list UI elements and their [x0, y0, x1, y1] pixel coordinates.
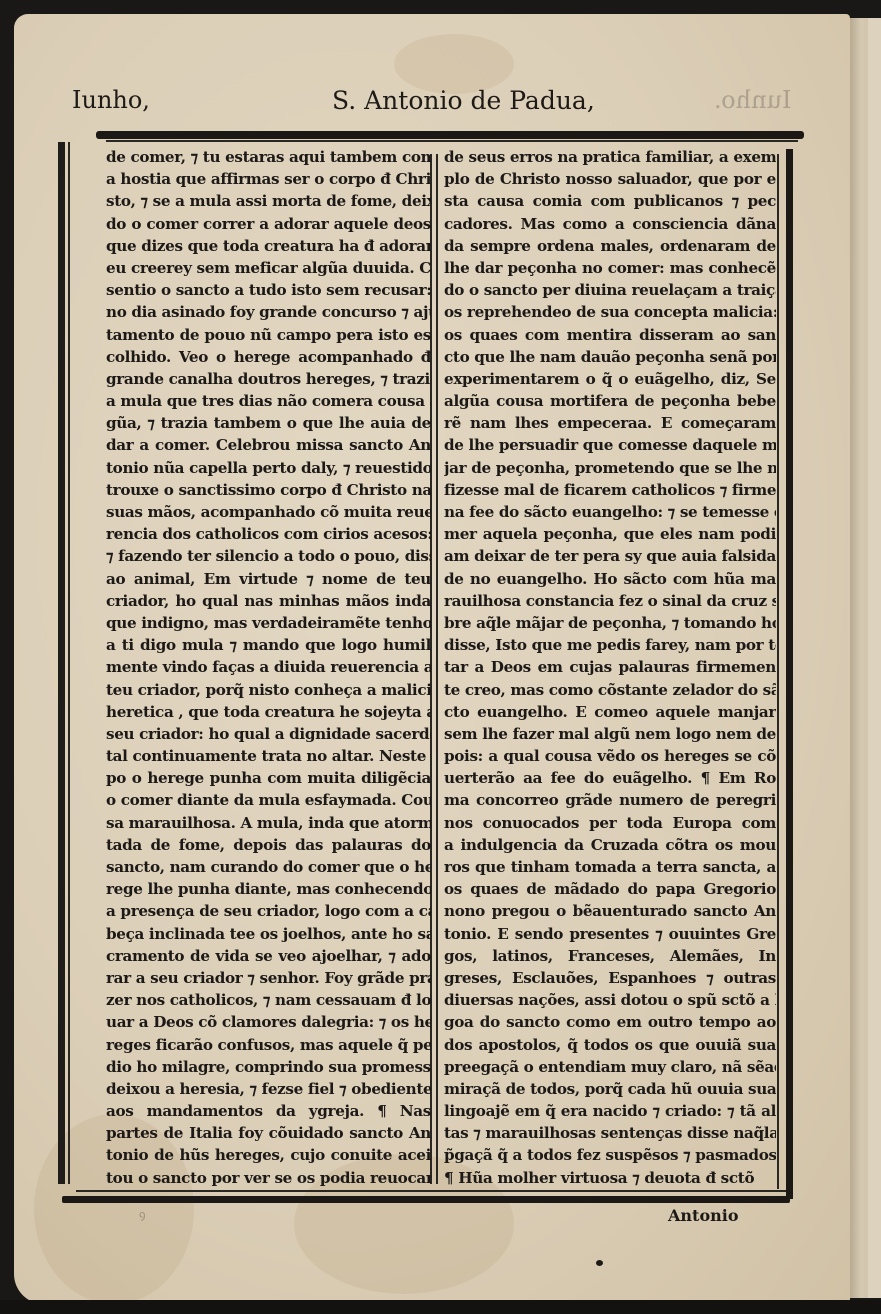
bottom-rule [62, 1196, 790, 1203]
text-line: de seus erros na pratica familiar, a exe… [444, 146, 776, 168]
text-line: de lhe persuadir que comesse daquele mã [444, 434, 776, 456]
text-line: cadores. Mas como a consciencia dãna [444, 213, 776, 235]
text-line: tas ⁊ marauilhosas sentenças disse naq̃l… [444, 1122, 776, 1144]
text-line: jar de peçonha, prometendo que se lhe nã [444, 457, 776, 479]
text-line: greses, Esclauões, Espanhoes ⁊ outras [444, 967, 776, 989]
text-line: aos mandamentos da ygreja. ¶ Nas [106, 1100, 431, 1122]
text-line: partes de Italia foy cõuidado sancto An [106, 1122, 431, 1144]
text-line: rencia dos catholicos com cirios acesos: [106, 523, 431, 545]
top-rule-thin [106, 140, 798, 142]
text-line: mer aquela peçonha, que eles nam podi [444, 523, 776, 545]
text-line: rar a seu criador ⁊ senhor. Foy grãde pr… [106, 967, 431, 989]
scan-background-edge [0, 1300, 881, 1314]
text-line: plo de Christo nosso saluador, que por e [444, 168, 776, 190]
text-line: po o herege punha com muita diligẽcia [106, 767, 431, 789]
text-line: te creo, mas como cõstante zelador do sã [444, 679, 776, 701]
column-divider-thin [436, 154, 438, 1184]
text-line: uar a Deos cõ clamores dalegria: ⁊ os he [106, 1011, 431, 1033]
text-line: do o comer correr a adorar aquele deos [106, 213, 431, 235]
catchword: Antonio [668, 1206, 739, 1225]
running-head-month: Iunho, [72, 86, 150, 114]
right-border-bar [786, 149, 793, 1199]
text-line: ⁊ fazendo ter silencio a todo o pouo, di… [106, 545, 431, 567]
text-line: zer nos catholicos, ⁊ nam cessauam đ lou [106, 989, 431, 1011]
text-line: tamento de pouo nũ campo pera isto es [106, 324, 431, 346]
text-line: tonio de hũs hereges, cujo conuite acei [106, 1144, 431, 1166]
text-line: no dia asinado foy grande concurso ⁊ ajũ [106, 301, 431, 323]
text-line: sto, ⁊ se a mula assi morta de fome, dei… [106, 190, 431, 212]
text-line: teu criador, porq̃ nisto conheça a malic… [106, 679, 431, 701]
text-line: trouxe o sanctissimo corpo đ Christo nas [106, 479, 431, 501]
bottom-rule-thin [76, 1190, 786, 1192]
text-line: ¶ Hũa molher virtuosa ⁊ deuota đ sctõ [444, 1167, 776, 1189]
paper-stain [394, 34, 514, 94]
text-line: de no euangelho. Ho sãcto com hũa ma [444, 568, 776, 590]
text-line: colhido. Veo o herege acompanhado đ [106, 346, 431, 368]
text-line: cto que lhe nam dauão peçonha senã por [444, 346, 776, 368]
text-line: que indigno, mas verdadeiramẽte tenho, [106, 612, 431, 634]
text-line: am deixar de ter pera sy que auia falsid… [444, 545, 776, 567]
text-line: cramento de vida se veo ajoelhar, ⁊ ado [106, 945, 431, 967]
text-line: algũa cousa mortifera de peçonha bebe [444, 390, 776, 412]
text-line: rege lhe punha diante, mas conhecendo [106, 878, 431, 900]
left-border-bar [58, 142, 65, 1184]
text-line: a mula que tres dias não comera cousa al [106, 390, 431, 412]
text-line: heretica , que toda creatura he sojeyta … [106, 701, 431, 723]
text-line: criador, ho qual nas minhas mãos inda [106, 590, 431, 612]
text-line: o comer diante da mula esfaymada. Cou [106, 789, 431, 811]
text-line: lingoajẽ em q̃ era nacido ⁊ criado: ⁊ tã… [444, 1100, 776, 1122]
ink-spot [596, 1260, 603, 1266]
text-line: ao animal, Em virtude ⁊ nome de teu [106, 568, 431, 590]
show-through-text: Iunho. [714, 86, 792, 114]
text-line: eu creerey sem meficar algũa duuida. Cõ [106, 257, 431, 279]
text-line: a presença de seu criador, logo com a ca [106, 900, 431, 922]
book-scan: Iunho, S. Antonio de Padua, Iunho. de co… [0, 0, 881, 1314]
text-line: a ti digo mula ⁊ mando que logo humil [106, 634, 431, 656]
text-line: os reprehendeo de sua concepta malicia: [444, 301, 776, 323]
text-line: gos, latinos, Franceses, Alemães, In [444, 945, 776, 967]
right-border-thin [777, 154, 779, 1189]
text-line: os quaes de mãdado do papa Gregorio [444, 878, 776, 900]
text-line: goa do sancto como em outro tempo ao [444, 1011, 776, 1033]
text-line: tonio nũa capella perto daly, ⁊ reuestid… [106, 457, 431, 479]
text-line: tada de fome, depois das palauras do [106, 834, 431, 856]
text-line: tal continuamente trata no altar. Neste … [106, 745, 431, 767]
text-line: gũa, ⁊ trazia tambem o que lhe auia de [106, 412, 431, 434]
text-line: tonio. E sendo presentes ⁊ ouuintes Gre [444, 923, 776, 945]
text-line: sancto, nam curando do comer que o he [106, 856, 431, 878]
text-column-left: de comer, ⁊ tu estaras aqui tambem coma … [106, 146, 431, 1189]
text-line: que dizes que toda creatura ha đ adorar [106, 235, 431, 257]
text-line: deixou a heresia, ⁊ fezse fiel ⁊ obedien… [106, 1078, 431, 1100]
text-line: sta causa comia com publicanos ⁊ pec [444, 190, 776, 212]
text-line: ros que tinham tomada a terra sancta, a [444, 856, 776, 878]
running-head: Iunho, S. Antonio de Padua, Iunho. [14, 86, 850, 126]
text-line: suas mãos, acompanhado cõ muita reue [106, 501, 431, 523]
book-page: Iunho, S. Antonio de Padua, Iunho. de co… [14, 14, 850, 1304]
text-line: sentio o sancto a tudo isto sem recusar:… [106, 279, 431, 301]
text-line: dar a comer. Celebrou missa sancto An [106, 434, 431, 456]
text-line: fizesse mal de ficarem catholicos ⁊ firm… [444, 479, 776, 501]
text-line: cto euangelho. E comeo aquele manjar [444, 701, 776, 723]
text-line: nono pregou o bẽauenturado sancto An [444, 900, 776, 922]
text-line: rẽ nam lhes empeceraa. E começaram [444, 412, 776, 434]
text-line: experimentarem o q̃ o euãgelho, diz, Se [444, 368, 776, 390]
text-line: miraçã de todos, porq̃ cada hũ ouuia sua [444, 1078, 776, 1100]
text-line: bre aq̃le mãjar de peçonha, ⁊ tomando ho [444, 612, 776, 634]
text-line: sa marauilhosa. A mula, inda que atormẽ [106, 812, 431, 834]
text-line: beça inclinada tee os joelhos, ante ho s… [106, 923, 431, 945]
text-line: pois: a qual cousa vẽdo os hereges se cõ [444, 745, 776, 767]
text-line: seu criador: ho qual a dignidade sacerdo [106, 723, 431, 745]
text-line: de comer, ⁊ tu estaras aqui tambem com [106, 146, 431, 168]
text-line: tar a Deos em cujas palauras firmemen [444, 656, 776, 678]
text-line: rauilhosa constancia fez o sinal da cruz… [444, 590, 776, 612]
running-head-title: S. Antonio de Padua, [332, 86, 595, 115]
text-line: mente vindo faças a diuida reuerencia a [106, 656, 431, 678]
top-rule [96, 131, 804, 139]
text-line: disse, Isto que me pedis farey, nam por … [444, 634, 776, 656]
text-line: a hostia que affirmas ser o corpo đ Chri [106, 168, 431, 190]
text-line: lhe dar peçonha no comer: mas conhecẽ [444, 257, 776, 279]
text-line: reges ficarão confusos, mas aquele q̃ pe [106, 1034, 431, 1056]
text-line: p̃gaçã q̃ a todos fez suspẽsos ⁊ pasmado… [444, 1144, 776, 1166]
text-column-right: de seus erros na pratica familiar, a exe… [444, 146, 776, 1189]
text-line: da sempre ordena males, ordenaram de [444, 235, 776, 257]
text-line: tou o sancto por ver se os podia reuocar [106, 1167, 431, 1189]
text-line: grande canalha doutros hereges, ⁊ trazia [106, 368, 431, 390]
left-border-thin [68, 142, 70, 1184]
text-line: os quaes com mentira disseram ao san [444, 324, 776, 346]
text-line: uerterão aa fee do euãgelho. ¶ Em Ro [444, 767, 776, 789]
signature-mark: ꝯ [139, 1207, 145, 1222]
text-line: nos conuocados per toda Europa com [444, 812, 776, 834]
text-line: dio ho milagre, comprindo sua promessa [106, 1056, 431, 1078]
text-line: do o sancto per diuina reuelaçam a traiç… [444, 279, 776, 301]
text-line: ma concorreo grãde numero de peregri [444, 789, 776, 811]
text-line: diuersas nações, assi dotou o spũ sctõ a… [444, 989, 776, 1011]
adjacent-leaf-inner [868, 18, 881, 1298]
text-line: dos apostolos, q̃ todos os que ouuiã sua [444, 1034, 776, 1056]
text-line: sem lhe fazer mal algũ nem logo nem de [444, 723, 776, 745]
text-line: preegaçã o entendiam muy claro, nã sẽad [444, 1056, 776, 1078]
text-line: na fee do sãcto euangelho: ⁊ se temesse … [444, 501, 776, 523]
text-line: a indulgencia da Cruzada cõtra os mou [444, 834, 776, 856]
